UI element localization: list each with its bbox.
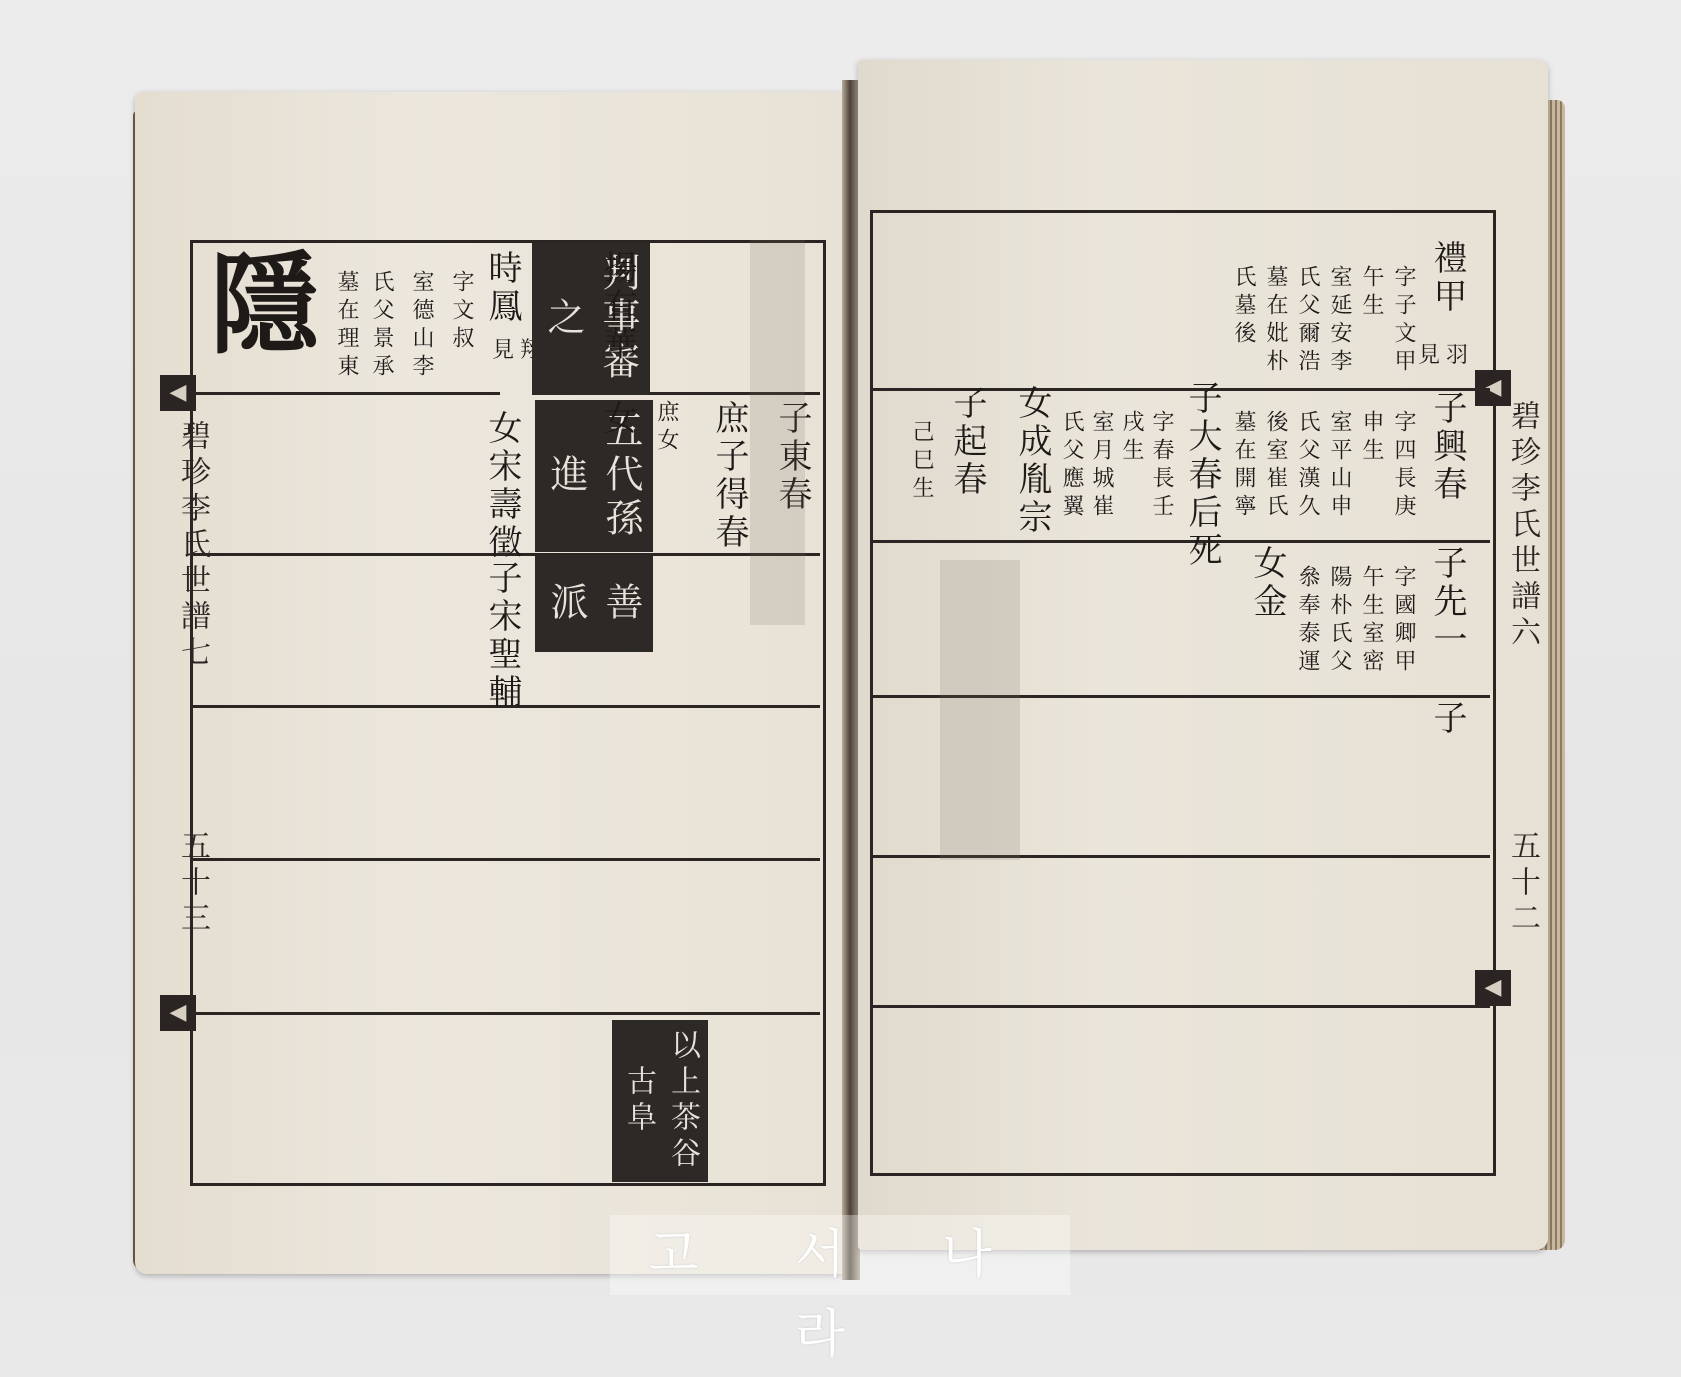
faded-bleedthrough (940, 560, 1020, 860)
right-margin-page-number: 五十二 (1500, 830, 1544, 938)
text-column: 氏墓後 (1232, 265, 1254, 349)
text-column: 氏父爾浩 (1296, 265, 1318, 377)
text-column: 墓在開寧 (1232, 410, 1254, 522)
text-column: 戌生 (1120, 410, 1142, 466)
entry-daughter: 女 (600, 400, 634, 438)
text-column: 叅奉泰運 (1296, 565, 1318, 677)
row-divider (190, 392, 500, 395)
entry-daughter-cheng: 女成胤宗 (1015, 385, 1049, 537)
left-margin-page-number: 五十三 (170, 830, 214, 938)
text-column: 字文叔 (450, 270, 472, 354)
text-column: 後室崔氏 (1264, 410, 1286, 522)
black-tag-shan-branch: 善派 (535, 555, 653, 652)
left-page-frame (190, 240, 826, 1186)
entry-son-fragment: 子 (1430, 700, 1464, 738)
entry-daughter-song: 女宋壽徵 (485, 410, 519, 562)
text-column: 墓在妣朴 (1264, 265, 1286, 377)
text-column: 氏父應翼 (1060, 410, 1082, 522)
entry-concubine-daughter: 庶女 (655, 400, 677, 456)
entry-daughter-jin: 女金 (1250, 545, 1284, 621)
text-column: 字子文甲 (1392, 265, 1414, 377)
text-column: 字春長壬 (1150, 410, 1172, 522)
faded-bleedthrough (750, 240, 805, 625)
bottom-black-tag: 以上茶谷古阜 (612, 1020, 708, 1182)
text-column: 申生 (1360, 410, 1382, 466)
text-column: 字四長庚 (1392, 410, 1414, 522)
row-divider (870, 540, 1490, 543)
entry-son-qichun: 子起春 (950, 385, 984, 499)
text-column: 室延安李 (1328, 265, 1350, 377)
name-shifeng: 時鳳 (485, 250, 519, 326)
row-divider (870, 1005, 1490, 1008)
entry-son-dachun: 子大春后死 (1185, 380, 1219, 570)
text-column: 字國卿甲 (1392, 565, 1414, 677)
text-column: 氏父漢久 (1296, 410, 1318, 522)
text-column: 墓在理東 (335, 270, 357, 382)
text-column: 己巳生 (910, 420, 932, 504)
open-genealogy-book: 碧珍李氏世譜七 五十三 ◀ ◀ 隱 字文叔 室德山李 氏父景承 墓在理東 時鳳 … (0, 0, 1681, 1377)
row-divider (190, 858, 820, 861)
watermark-text: 고 서 나 라 (610, 1215, 1070, 1295)
text-column: 室德山李 (410, 270, 432, 382)
text-column: 室平山申 (1328, 410, 1350, 522)
text-column: 午生室密 (1360, 565, 1382, 677)
large-character-yin: 隱 (210, 250, 324, 360)
entry-son-xingchun: 子興春 (1430, 390, 1464, 504)
left-margin-title: 碧珍李氏世譜七 (170, 420, 214, 672)
right-margin-title: 碧珍李氏世譜六 (1500, 400, 1544, 652)
note-jian-yu: 見羽 (1418, 345, 1474, 367)
row-divider (190, 1012, 820, 1015)
entry-son-xianyi: 子先一 (1430, 545, 1464, 659)
entry-son-song: 子宋聖輔 (485, 560, 519, 712)
entry-concubine-son-dechun: 庶子得春 (712, 400, 746, 552)
text-column: 氏父景承 (370, 270, 392, 382)
name-li-jia: 禮甲 (1430, 240, 1464, 316)
text-column: 室月城崔 (1090, 410, 1112, 522)
text-column: 午生 (1360, 265, 1382, 321)
fish-tail-ornament-icon: ◀ (1475, 970, 1511, 1006)
name-yang-youhua: 揚有華 (600, 250, 634, 364)
text-column: 陽朴氏父 (1328, 565, 1350, 677)
